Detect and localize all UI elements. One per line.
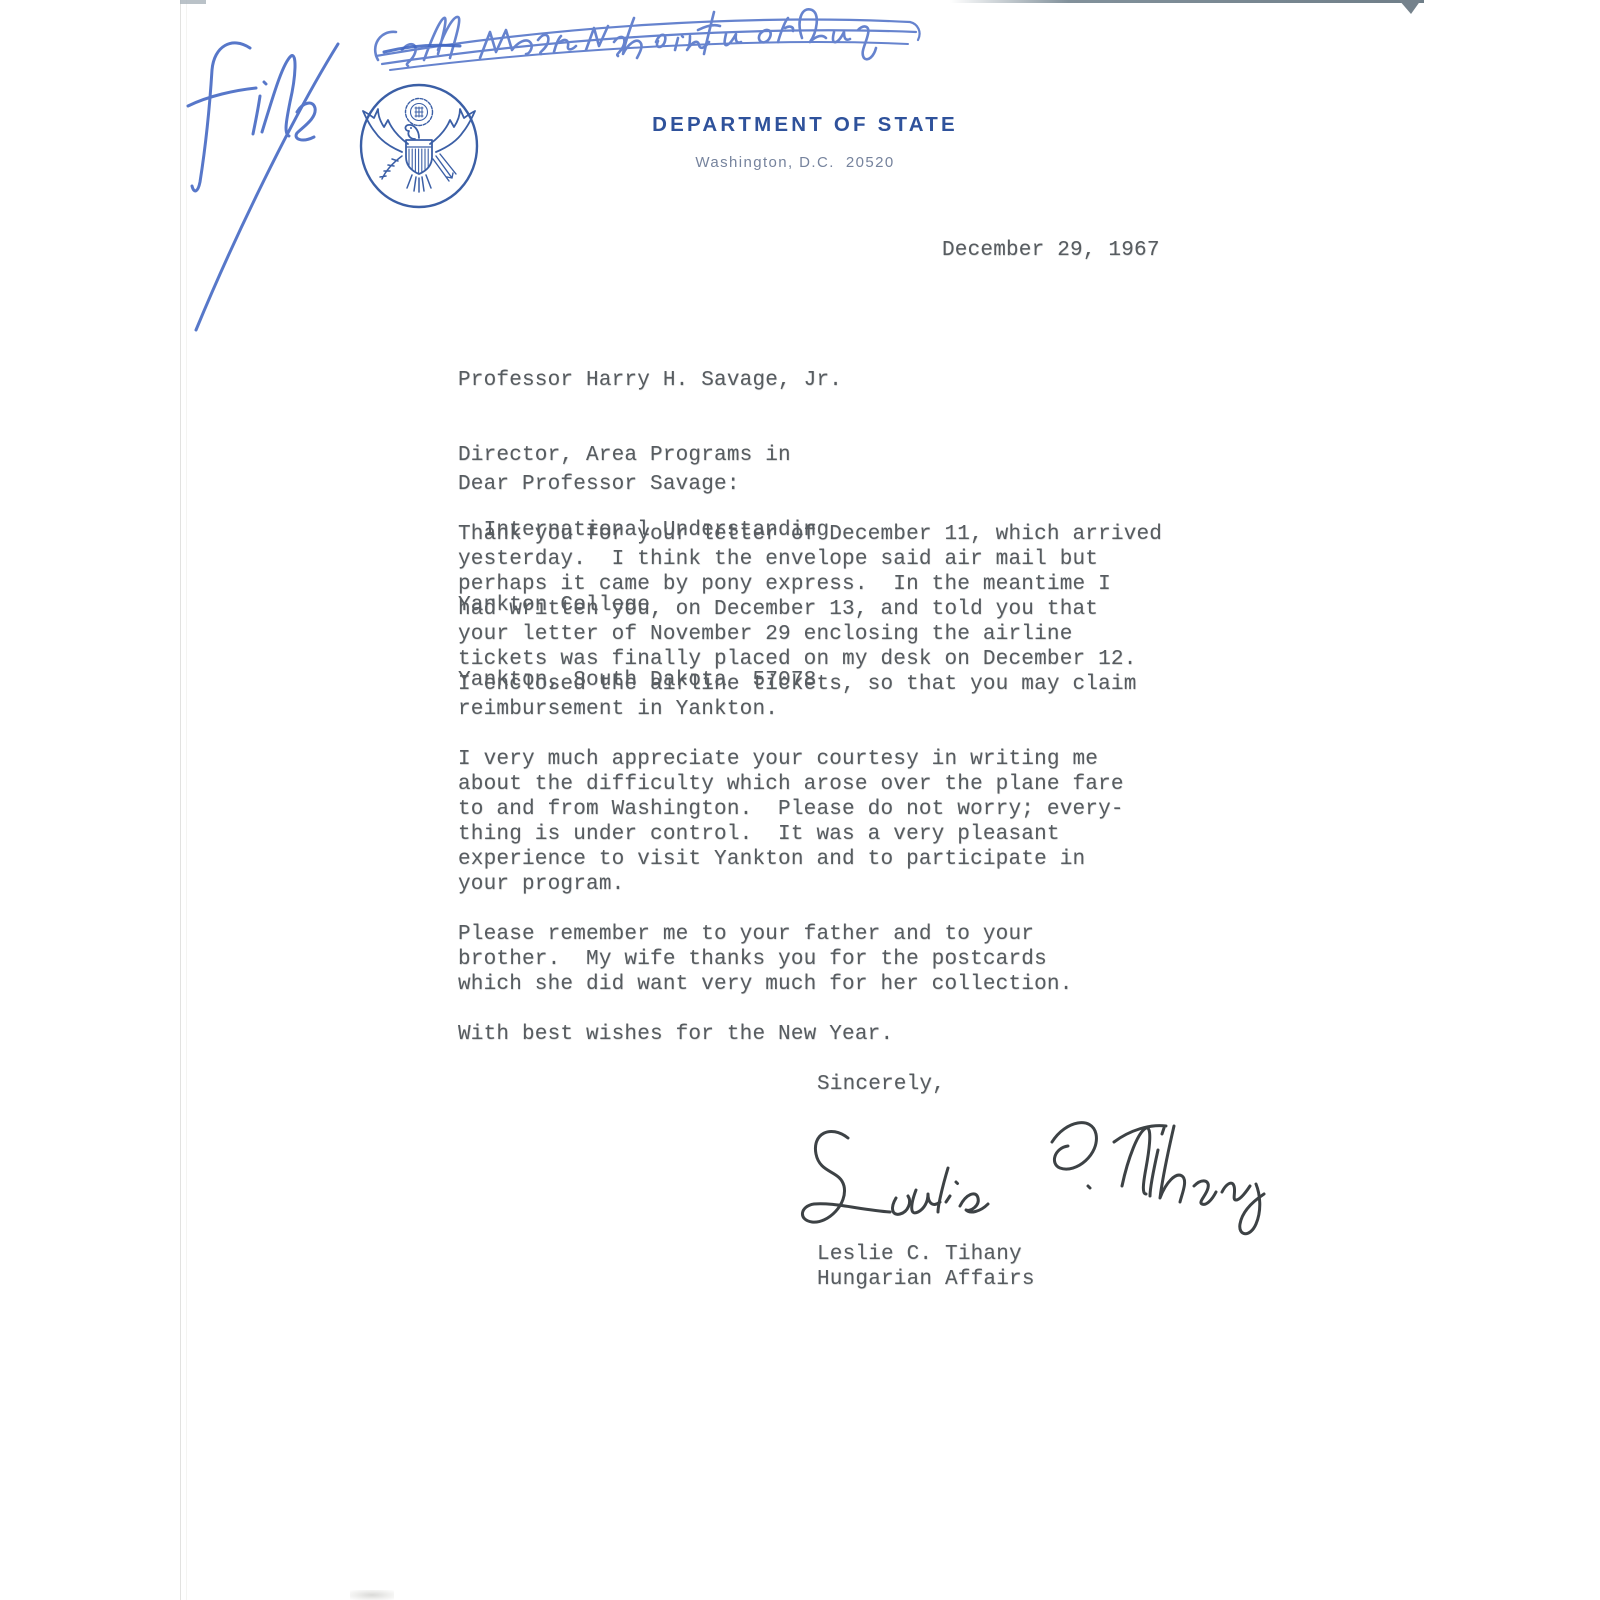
body-paragraph: Thank you for your letter of December 11… <box>458 522 1162 722</box>
body-paragraph: With best wishes for the New Year. <box>458 1022 893 1047</box>
signature-script <box>770 1090 1270 1265</box>
department-address: Washington, D.C. 20520 <box>595 154 995 171</box>
body-paragraph: I very much appreciate your courtesy in … <box>458 747 1124 897</box>
body-paragraph: Please remember me to your father and to… <box>458 922 1073 997</box>
letter-date: December 29, 1967 <box>942 238 1160 263</box>
handwritten-annotations <box>150 0 970 360</box>
corner-fold <box>1399 0 1421 14</box>
page-top-edge <box>950 0 1424 3</box>
salutation: Dear Professor Savage: <box>458 472 740 497</box>
recipient-line: Director, Area Programs in <box>458 443 842 468</box>
letter-scan: { "letter": { "annotations": { "file_not… <box>0 0 1600 1600</box>
signer-title: Hungarian Affairs <box>817 1267 1035 1292</box>
great-seal-icon <box>356 82 482 210</box>
recipient-line: Professor Harry H. Savage, Jr. <box>458 368 842 393</box>
department-title: DEPARTMENT OF STATE <box>605 113 1005 137</box>
signer-name: Leslie C. Tihany <box>817 1242 1022 1267</box>
handwritten-crossed-note <box>375 9 919 70</box>
scan-smudge <box>350 1590 394 1600</box>
